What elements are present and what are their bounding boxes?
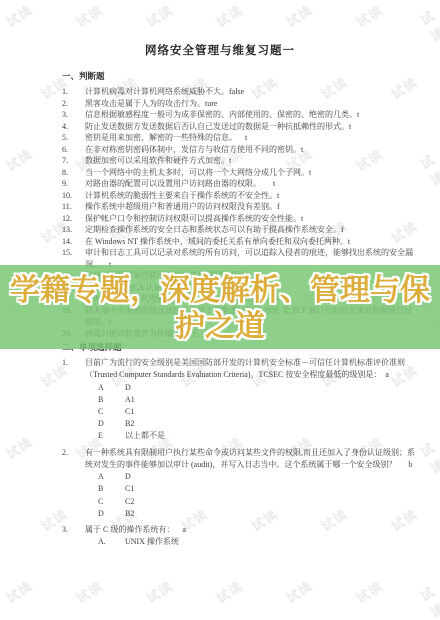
option-text: C1 [125,406,422,418]
item-text: 计算机病毒对计算机网络系统威胁不大。false [85,86,420,98]
question-number: 2. [62,447,85,472]
question-row: 3. 属于 C 级的操作系统有： a [62,524,422,536]
question-text: 属于 C 级的操作系统有： a [85,524,422,536]
option-key: D [98,508,125,520]
item-number: 4. [62,121,85,133]
choice-section: 二、单项选择题 1. 目前广为流行的安全级别是美国国防部开发的计算机安全标准－可… [62,342,422,549]
item-text: 密钥是用来加密、解密的一些特殊的信息。 t [85,132,420,144]
question-row: 1. 目前广为流行的安全级别是美国国防部开发的计算机安全标准－可信任计算机标准评… [62,357,422,382]
section-header-judge: 一、判断题 [62,71,440,82]
item-text: 对路由器的配置可以设置用户访问路由器的权限。 t [85,178,420,190]
option-row: B A1 [98,394,422,406]
option-key: A [98,471,125,483]
question-block: 3. 属于 C 级的操作系统有： a A. UNIX 操作系统 [62,524,422,549]
item-text: 定期检查操作系统的安全日志和系统状态可以有助于提高操作系统安全。f [85,224,420,236]
option-key: B [98,394,125,406]
options-list: A D B C1 C C2 D B2 [98,471,422,520]
list-item: 11. 操作系统中超级用户和普通用户的访问权限没有差别。f [62,201,420,213]
option-key: A. [98,536,125,548]
item-number: 9. [62,178,85,190]
list-item: 2. 黑客攻击是属于人为的攻击行为。ture [62,98,420,110]
item-text: 黑客攻击是属于人为的攻击行为。ture [85,98,420,110]
option-row: C C1 [98,406,422,418]
option-key: E [98,430,125,442]
item-number: 8. [62,167,85,179]
item-text: 操作系统中超级用户和普通用户的访问权限没有差别。f [85,201,420,213]
item-number: 14. [62,236,85,248]
option-text: C1 [125,483,422,495]
option-row: A D [98,471,422,483]
options-list: A. UNIX 操作系统 [98,536,422,548]
list-item: 7. 数据加密可以采用软件和硬件方式加密。t [62,155,420,167]
item-number: 5. [62,132,85,144]
question-text: 目前广为流行的安全级别是美国国防部开发的计算机安全标准－可信任计算机标准评价准则… [85,357,422,382]
list-item: 13. 定期检查操作系统的安全日志和系统状态可以有助于提高操作系统安全。f [62,224,420,236]
list-item: 3. 信息根据敏感程度一般可为成非保密的、内部使用的、保密的、绝密的几类。t [62,109,420,121]
option-row: E 以上都不是 [98,430,422,442]
option-key: C [98,406,125,418]
option-row: D B2 [98,508,422,520]
page-title: 网络安全管理与维复习题一 [0,42,440,58]
item-text: 在 Windows NT 操作系统中，域间的委托关系有单向委托和双向委托两种。t [85,236,420,248]
item-number: 10. [62,190,85,202]
option-key: A [98,382,125,394]
list-item: 6. 在非对称密钥密码体制中，发信方与收信方使用不同的密钥。t [62,144,420,156]
item-number: 6. [62,144,85,156]
item-text: 保护帐户口令和控制访问权限可以提高操作系统的安全性能。t [85,213,420,225]
item-number: 1. [62,86,85,98]
item-text: 信息根据敏感程度一般可为成非保密的、内部使用的、保密的、绝密的几类。t [85,109,420,121]
option-text: UNIX 操作系统 [125,536,422,548]
list-item: 4. 防止发送数据方发送数据后否认自己发送过的数据是一种抗抵赖性的形式。t [62,121,420,133]
list-item: 10. 计算机系统的脆弱性主要来自于操作系统的不安全性。t [62,190,420,202]
option-row: B C1 [98,483,422,495]
banner-title-line2: 护之道 [175,309,265,344]
option-key: B [98,483,125,495]
item-number: 11. [62,201,85,213]
promo-banner-overlay[interactable]: 学籍专题，深度解析、管理与保 护之道 [0,265,440,349]
item-text: 在非对称密钥密码体制中，发信方与收信方使用不同的密钥。t [85,144,420,156]
list-item: 8. 当一个网络中的主机太多时，可以将一个大网络分成几个子网。t [62,167,420,179]
options-list: A D B A1 C C1 D B2 E 以上都不是 [98,382,422,443]
list-item: 12. 保护帐户口令和控制访问权限可以提高操作系统的安全性能。t [62,213,420,225]
banner-title-line1: 学籍专题，深度解析、管理与保 [10,273,430,308]
item-number: 12. [62,213,85,225]
list-item: 9. 对路由器的配置可以设置用户访问路由器的权限。 t [62,178,420,190]
item-text: 防止发送数据方发送数据后否认自己发送过的数据是一种抗抵赖性的形式。t [85,121,420,133]
option-row: A. UNIX 操作系统 [98,536,422,548]
option-key: D [98,418,125,430]
question-number: 1. [62,357,85,382]
question-text: 有一种系统具有限制用户执行某些命令或访问某些文件的权限,而且还加入了身份认证级别… [85,447,422,472]
question-number: 3. [62,524,85,536]
item-number: 7. [62,155,85,167]
list-item: 1. 计算机病毒对计算机网络系统威胁不大。false [62,86,420,98]
option-text: D [125,382,422,394]
item-text: 当一个网络中的主机太多时，可以将一个大网络分成几个子网。t [85,167,420,179]
question-block: 1. 目前广为流行的安全级别是美国国防部开发的计算机安全标准－可信任计算机标准评… [62,357,422,443]
item-number: 3. [62,109,85,121]
option-row: D B2 [98,418,422,430]
option-text: C2 [125,496,422,508]
list-item: 14. 在 Windows NT 操作系统中，域间的委托关系有单向委托和双向委托… [62,236,420,248]
option-key: C [98,496,125,508]
question-row: 2. 有一种系统具有限制用户执行某些命令或访问某些文件的权限,而且还加入了身份认… [62,447,422,472]
question-block: 2. 有一种系统具有限制用户执行某些命令或访问某些文件的权限,而且还加入了身份认… [62,447,422,520]
list-item: 5. 密钥是用来加密、解密的一些特殊的信息。 t [62,132,420,144]
item-text: 计算机系统的脆弱性主要来自于操作系统的不安全性。t [85,190,420,202]
item-number: 13. [62,224,85,236]
option-text: B2 [125,418,422,430]
option-row: C C2 [98,496,422,508]
option-row: A D [98,382,422,394]
item-text: 数据加密可以采用软件和硬件方式加密。t [85,155,420,167]
option-text: A1 [125,394,422,406]
option-text: D [125,471,422,483]
option-text: B2 [125,508,422,520]
item-number: 2. [62,98,85,110]
option-text: 以上都不是 [125,430,422,442]
